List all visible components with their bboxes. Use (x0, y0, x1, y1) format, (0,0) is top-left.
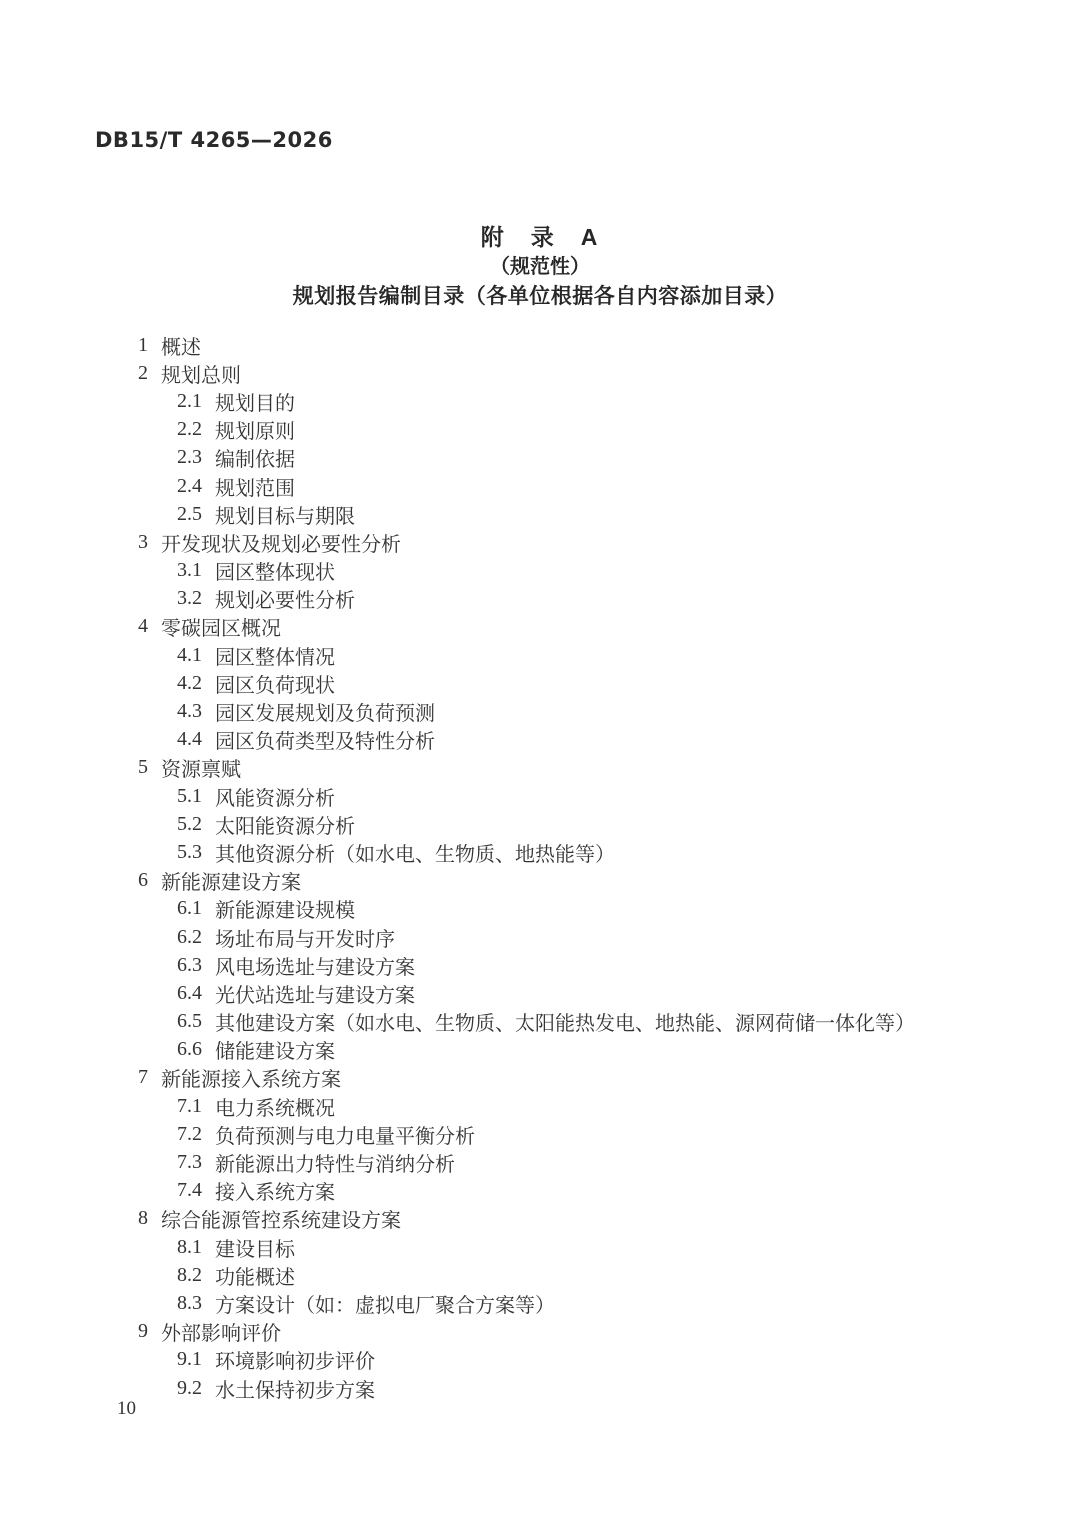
toc-item-label: 资源禀赋 (161, 753, 241, 782)
toc-item: 9外部影响评价 (138, 1318, 915, 1346)
toc-item: 2.3编制依据 (138, 444, 915, 472)
toc-item: 2.1规划目的 (138, 387, 915, 415)
toc-item-label: 规划目的 (215, 387, 295, 416)
toc-item-label: 电力系统概况 (215, 1092, 335, 1121)
toc-item: 6.5其他建设方案（如水电、生物质、太阳能热发电、地热能、源网荷储一体化等） (138, 1008, 915, 1036)
toc-item-label: 规划必要性分析 (215, 584, 355, 613)
toc-item-label: 园区负荷现状 (215, 669, 335, 698)
toc-item-label: 场址布局与开发时序 (215, 923, 395, 952)
toc-item-label: 概述 (161, 331, 201, 360)
toc-item-number: 3 (138, 531, 148, 554)
toc-item-number: 3.2 (177, 587, 202, 610)
toc-item-label: 储能建设方案 (215, 1035, 335, 1064)
toc-item: 8.2功能概述 (138, 1261, 915, 1289)
toc-item-label: 新能源建设方案 (161, 866, 301, 895)
toc-item-number: 7 (138, 1066, 148, 1089)
toc-item-number: 4.4 (177, 728, 202, 751)
toc-item: 2规划总则 (138, 359, 915, 387)
toc-item-number: 2.5 (177, 503, 202, 526)
toc-item: 7.1电力系统概况 (138, 1092, 915, 1120)
toc-item-number: 8.3 (177, 1292, 202, 1315)
toc-item-label: 新能源建设规模 (215, 894, 355, 923)
toc-item: 8综合能源管控系统建设方案 (138, 1205, 915, 1233)
toc-item-label: 接入系统方案 (215, 1176, 335, 1205)
toc-item-label: 其他建设方案（如水电、生物质、太阳能热发电、地热能、源网荷储一体化等） (215, 1007, 915, 1036)
appendix-title: 附 录 A (0, 222, 1080, 252)
toc-item-number: 8.2 (177, 1264, 202, 1287)
toc-item: 7新能源接入系统方案 (138, 1064, 915, 1092)
toc-item-number: 6.6 (177, 1038, 202, 1061)
toc-item: 7.2负荷预测与电力电量平衡分析 (138, 1120, 915, 1148)
toc-item-number: 4.2 (177, 672, 202, 695)
toc-item-number: 2.4 (177, 475, 202, 498)
toc-item: 4.1园区整体情况 (138, 641, 915, 669)
toc-item-label: 园区负荷类型及特性分析 (215, 725, 435, 754)
toc-item: 6.3风电场选址与建设方案 (138, 951, 915, 979)
document-number: DB15/T 4265—2026 (95, 128, 333, 152)
toc-item-label: 太阳能资源分析 (215, 810, 355, 839)
toc-item: 2.5规划目标与期限 (138, 500, 915, 528)
toc-item-number: 7.4 (177, 1179, 202, 1202)
toc-item: 6.6储能建设方案 (138, 1036, 915, 1064)
page-number: 10 (117, 1398, 136, 1420)
toc-item-label: 功能概述 (215, 1261, 295, 1290)
toc-item-number: 5 (138, 756, 148, 779)
toc-item-label: 编制依据 (215, 443, 295, 472)
toc-item-number: 7.1 (177, 1095, 202, 1118)
toc-item-number: 6.3 (177, 954, 202, 977)
toc-item-number: 5.3 (177, 841, 202, 864)
toc-item-label: 开发现状及规划必要性分析 (161, 528, 401, 557)
toc-item-number: 2 (138, 362, 148, 385)
toc-item-label: 规划总则 (161, 359, 241, 388)
toc-item-number: 9.1 (177, 1348, 202, 1371)
toc-item: 2.2规划原则 (138, 416, 915, 444)
toc-item-number: 1 (138, 334, 148, 357)
toc-item: 2.4规划范围 (138, 472, 915, 500)
toc-item: 8.1建设目标 (138, 1233, 915, 1261)
toc-item: 4.3园区发展规划及负荷预测 (138, 697, 915, 725)
appendix-heading: 规划报告编制目录（各单位根据各自内容添加目录） (0, 282, 1080, 312)
toc-item-label: 园区整体情况 (215, 641, 335, 670)
toc-item: 5.3其他资源分析（如水电、生物质、地热能等） (138, 838, 915, 866)
toc-item: 4.2园区负荷现状 (138, 669, 915, 697)
toc-item: 5.1风能资源分析 (138, 782, 915, 810)
toc-item-label: 规划范围 (215, 472, 295, 501)
toc-item-label: 环境影响初步评价 (215, 1345, 375, 1374)
appendix-subtitle: （规范性） (0, 252, 1080, 282)
toc-item-label: 水土保持初步方案 (215, 1374, 375, 1403)
toc-item-number: 6.1 (177, 897, 202, 920)
toc-item-label: 规划目标与期限 (215, 500, 355, 529)
toc-item-label: 规划原则 (215, 415, 295, 444)
toc-item-number: 8.1 (177, 1236, 202, 1259)
toc-item: 4.4园区负荷类型及特性分析 (138, 726, 915, 754)
toc-item-number: 6.2 (177, 926, 202, 949)
toc-item-label: 负荷预测与电力电量平衡分析 (215, 1120, 475, 1149)
toc-item: 6.1新能源建设规模 (138, 895, 915, 923)
toc-item: 5.2太阳能资源分析 (138, 810, 915, 838)
toc-item: 7.4接入系统方案 (138, 1177, 915, 1205)
toc-item: 4零碳园区概况 (138, 613, 915, 641)
toc-item: 3开发现状及规划必要性分析 (138, 528, 915, 556)
toc-item-label: 新能源出力特性与消纳分析 (215, 1148, 455, 1177)
toc-item-number: 9.2 (177, 1377, 202, 1400)
appendix-title-block: 附 录 A （规范性） 规划报告编制目录（各单位根据各自内容添加目录） (0, 222, 1080, 312)
toc-item: 1概述 (138, 331, 915, 359)
toc-item: 9.1环境影响初步评价 (138, 1346, 915, 1374)
toc-item-label: 新能源接入系统方案 (161, 1063, 341, 1092)
toc-item-label: 综合能源管控系统建设方案 (161, 1204, 401, 1233)
toc-item-number: 5.1 (177, 785, 202, 808)
toc-item: 7.3新能源出力特性与消纳分析 (138, 1148, 915, 1176)
toc-item-label: 建设目标 (215, 1233, 295, 1262)
toc-item-number: 7.2 (177, 1123, 202, 1146)
toc-item: 8.3方案设计（如：虚拟电厂聚合方案等） (138, 1289, 915, 1317)
toc-item-number: 2.1 (177, 390, 202, 413)
toc-item: 6.2场址布局与开发时序 (138, 923, 915, 951)
toc-item-label: 风能资源分析 (215, 782, 335, 811)
toc-item: 3.2规划必要性分析 (138, 585, 915, 613)
toc-item-number: 3.1 (177, 559, 202, 582)
toc-item-number: 6.5 (177, 1010, 202, 1033)
toc-list: 1概述2规划总则2.1规划目的2.2规划原则2.3编制依据2.4规划范围2.5规… (138, 331, 915, 1402)
toc-item-label: 零碳园区概况 (161, 612, 281, 641)
toc-item-number: 2.2 (177, 418, 202, 441)
toc-item-number: 8 (138, 1207, 148, 1230)
toc-item-number: 2.3 (177, 446, 202, 469)
toc-item-label: 园区发展规划及负荷预测 (215, 697, 435, 726)
toc-item-number: 6.4 (177, 982, 202, 1005)
toc-item-label: 方案设计（如：虚拟电厂聚合方案等） (215, 1289, 555, 1318)
toc-item-number: 6 (138, 869, 148, 892)
toc-item-label: 其他资源分析（如水电、生物质、地热能等） (215, 838, 615, 867)
toc-item: 3.1园区整体现状 (138, 557, 915, 585)
toc-item: 6.4光伏站选址与建设方案 (138, 979, 915, 1007)
toc-item: 5资源禀赋 (138, 754, 915, 782)
toc-item: 6新能源建设方案 (138, 867, 915, 895)
toc-item-label: 光伏站选址与建设方案 (215, 979, 415, 1008)
toc-item-number: 4 (138, 615, 148, 638)
toc-item-number: 4.1 (177, 644, 202, 667)
toc-item-number: 5.2 (177, 813, 202, 836)
toc-item-number: 7.3 (177, 1151, 202, 1174)
toc-item: 9.2水土保持初步方案 (138, 1374, 915, 1402)
toc-item-number: 4.3 (177, 700, 202, 723)
toc-item-label: 园区整体现状 (215, 556, 335, 585)
toc-item-label: 外部影响评价 (161, 1317, 281, 1346)
toc-item-number: 9 (138, 1320, 148, 1343)
toc-item-label: 风电场选址与建设方案 (215, 951, 415, 980)
